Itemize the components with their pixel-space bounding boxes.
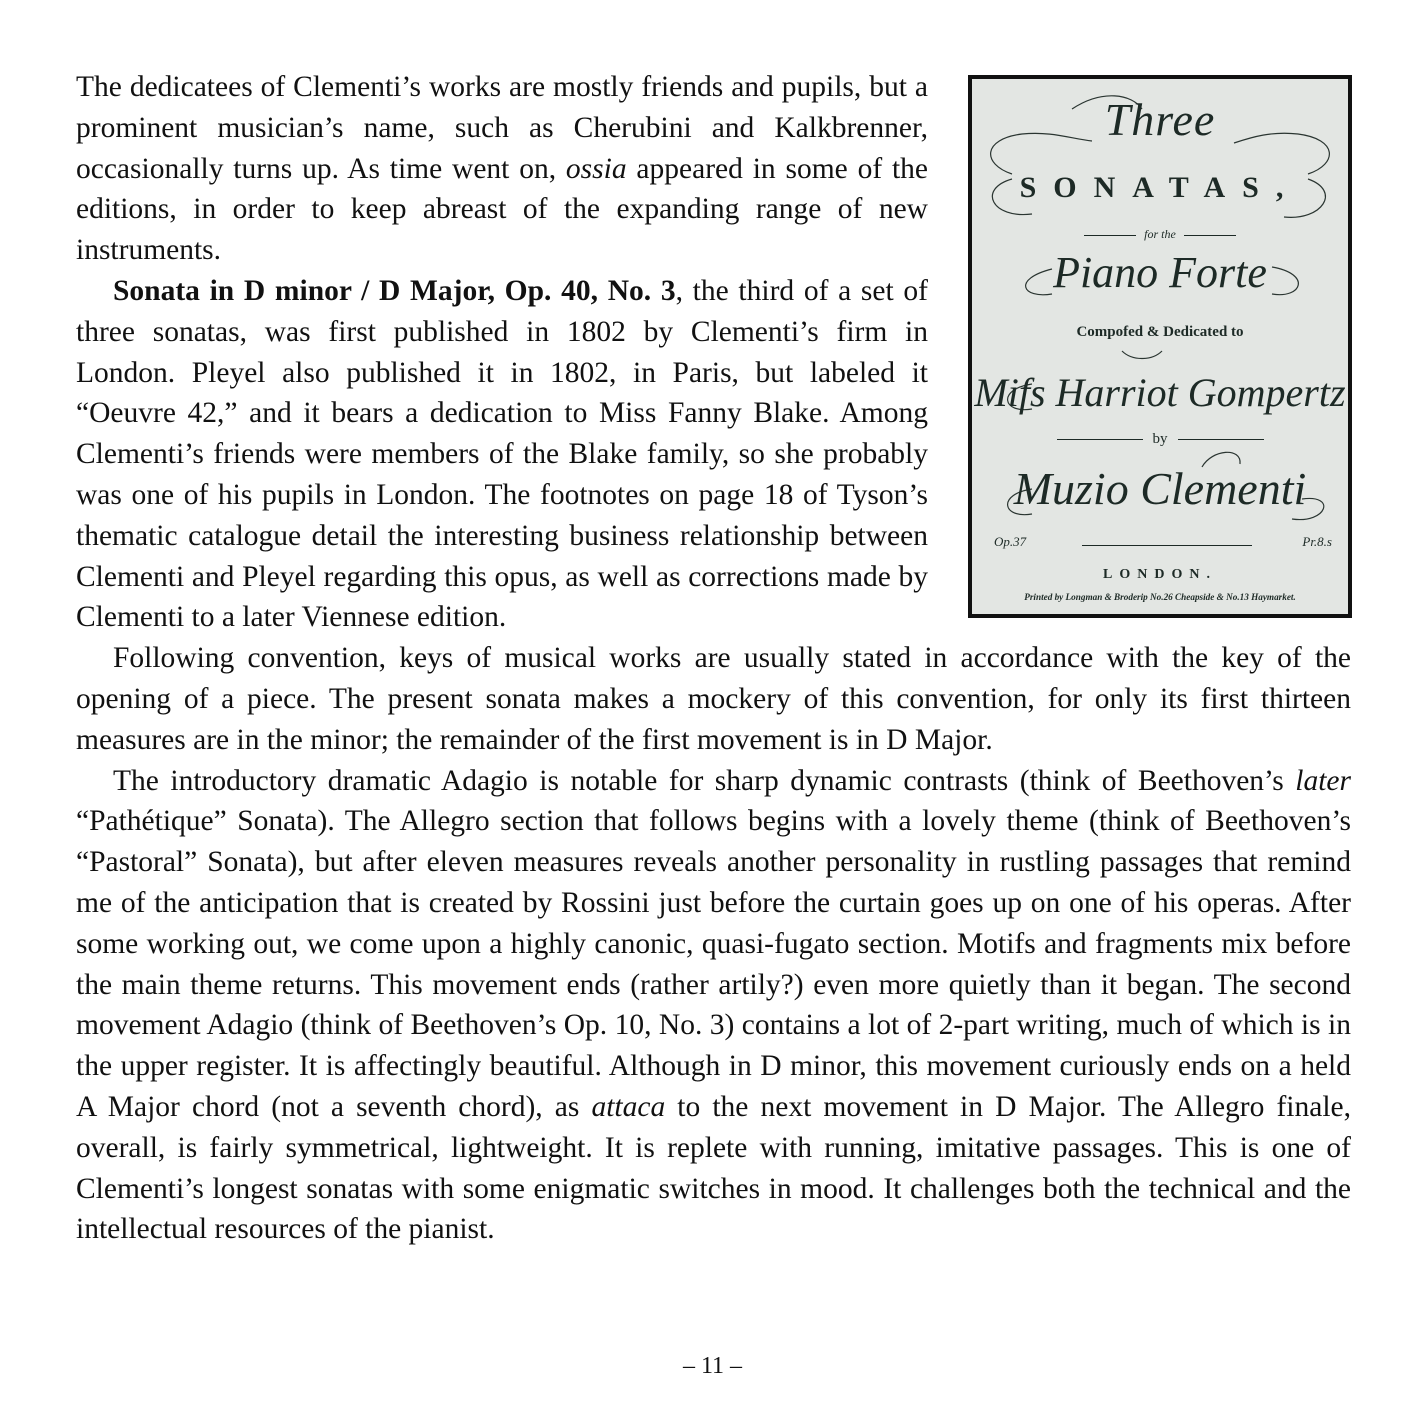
paragraph-analysis: The introductory dramatic Adagio is nota…	[76, 761, 1351, 1251]
title-printer: Printed by Longman & Broderip No.26 Chea…	[972, 592, 1348, 602]
paragraph-convention: Following convention, keys of musical wo…	[76, 638, 1351, 760]
title-opus: Op.37	[994, 534, 1026, 550]
page-body: Three SONATAS, for the Piano Forte Compo…	[76, 67, 1351, 1250]
title-sonatas: SONATAS,	[972, 171, 1348, 205]
title-price: Pr.8.s	[1302, 534, 1332, 550]
title-instrument: Piano Forte	[972, 247, 1348, 298]
page-number: – 11 –	[0, 1353, 1425, 1380]
italic-later: later	[1295, 765, 1351, 797]
title-by: by	[972, 431, 1348, 448]
italic-attaca: attaca	[591, 1091, 665, 1123]
title-for-the: for the	[972, 227, 1348, 242]
title-city: LONDON.	[972, 567, 1348, 583]
sonata-title: Sonata in D minor / D Major, Op. 40, No.…	[113, 275, 676, 307]
title-composed-line: Compofed & Dedicated to	[972, 324, 1348, 341]
title-page-image: Three SONATAS, for the Piano Forte Compo…	[968, 75, 1352, 618]
flourish-ornament	[972, 79, 1348, 614]
title-rule	[1082, 545, 1252, 546]
title-composer: Muzio Clementi	[972, 462, 1348, 515]
italic-ossia: ossia	[566, 153, 627, 185]
title-three: Three	[972, 93, 1348, 146]
title-dedicatee: Mifs Harriot Gompertz	[972, 369, 1348, 416]
